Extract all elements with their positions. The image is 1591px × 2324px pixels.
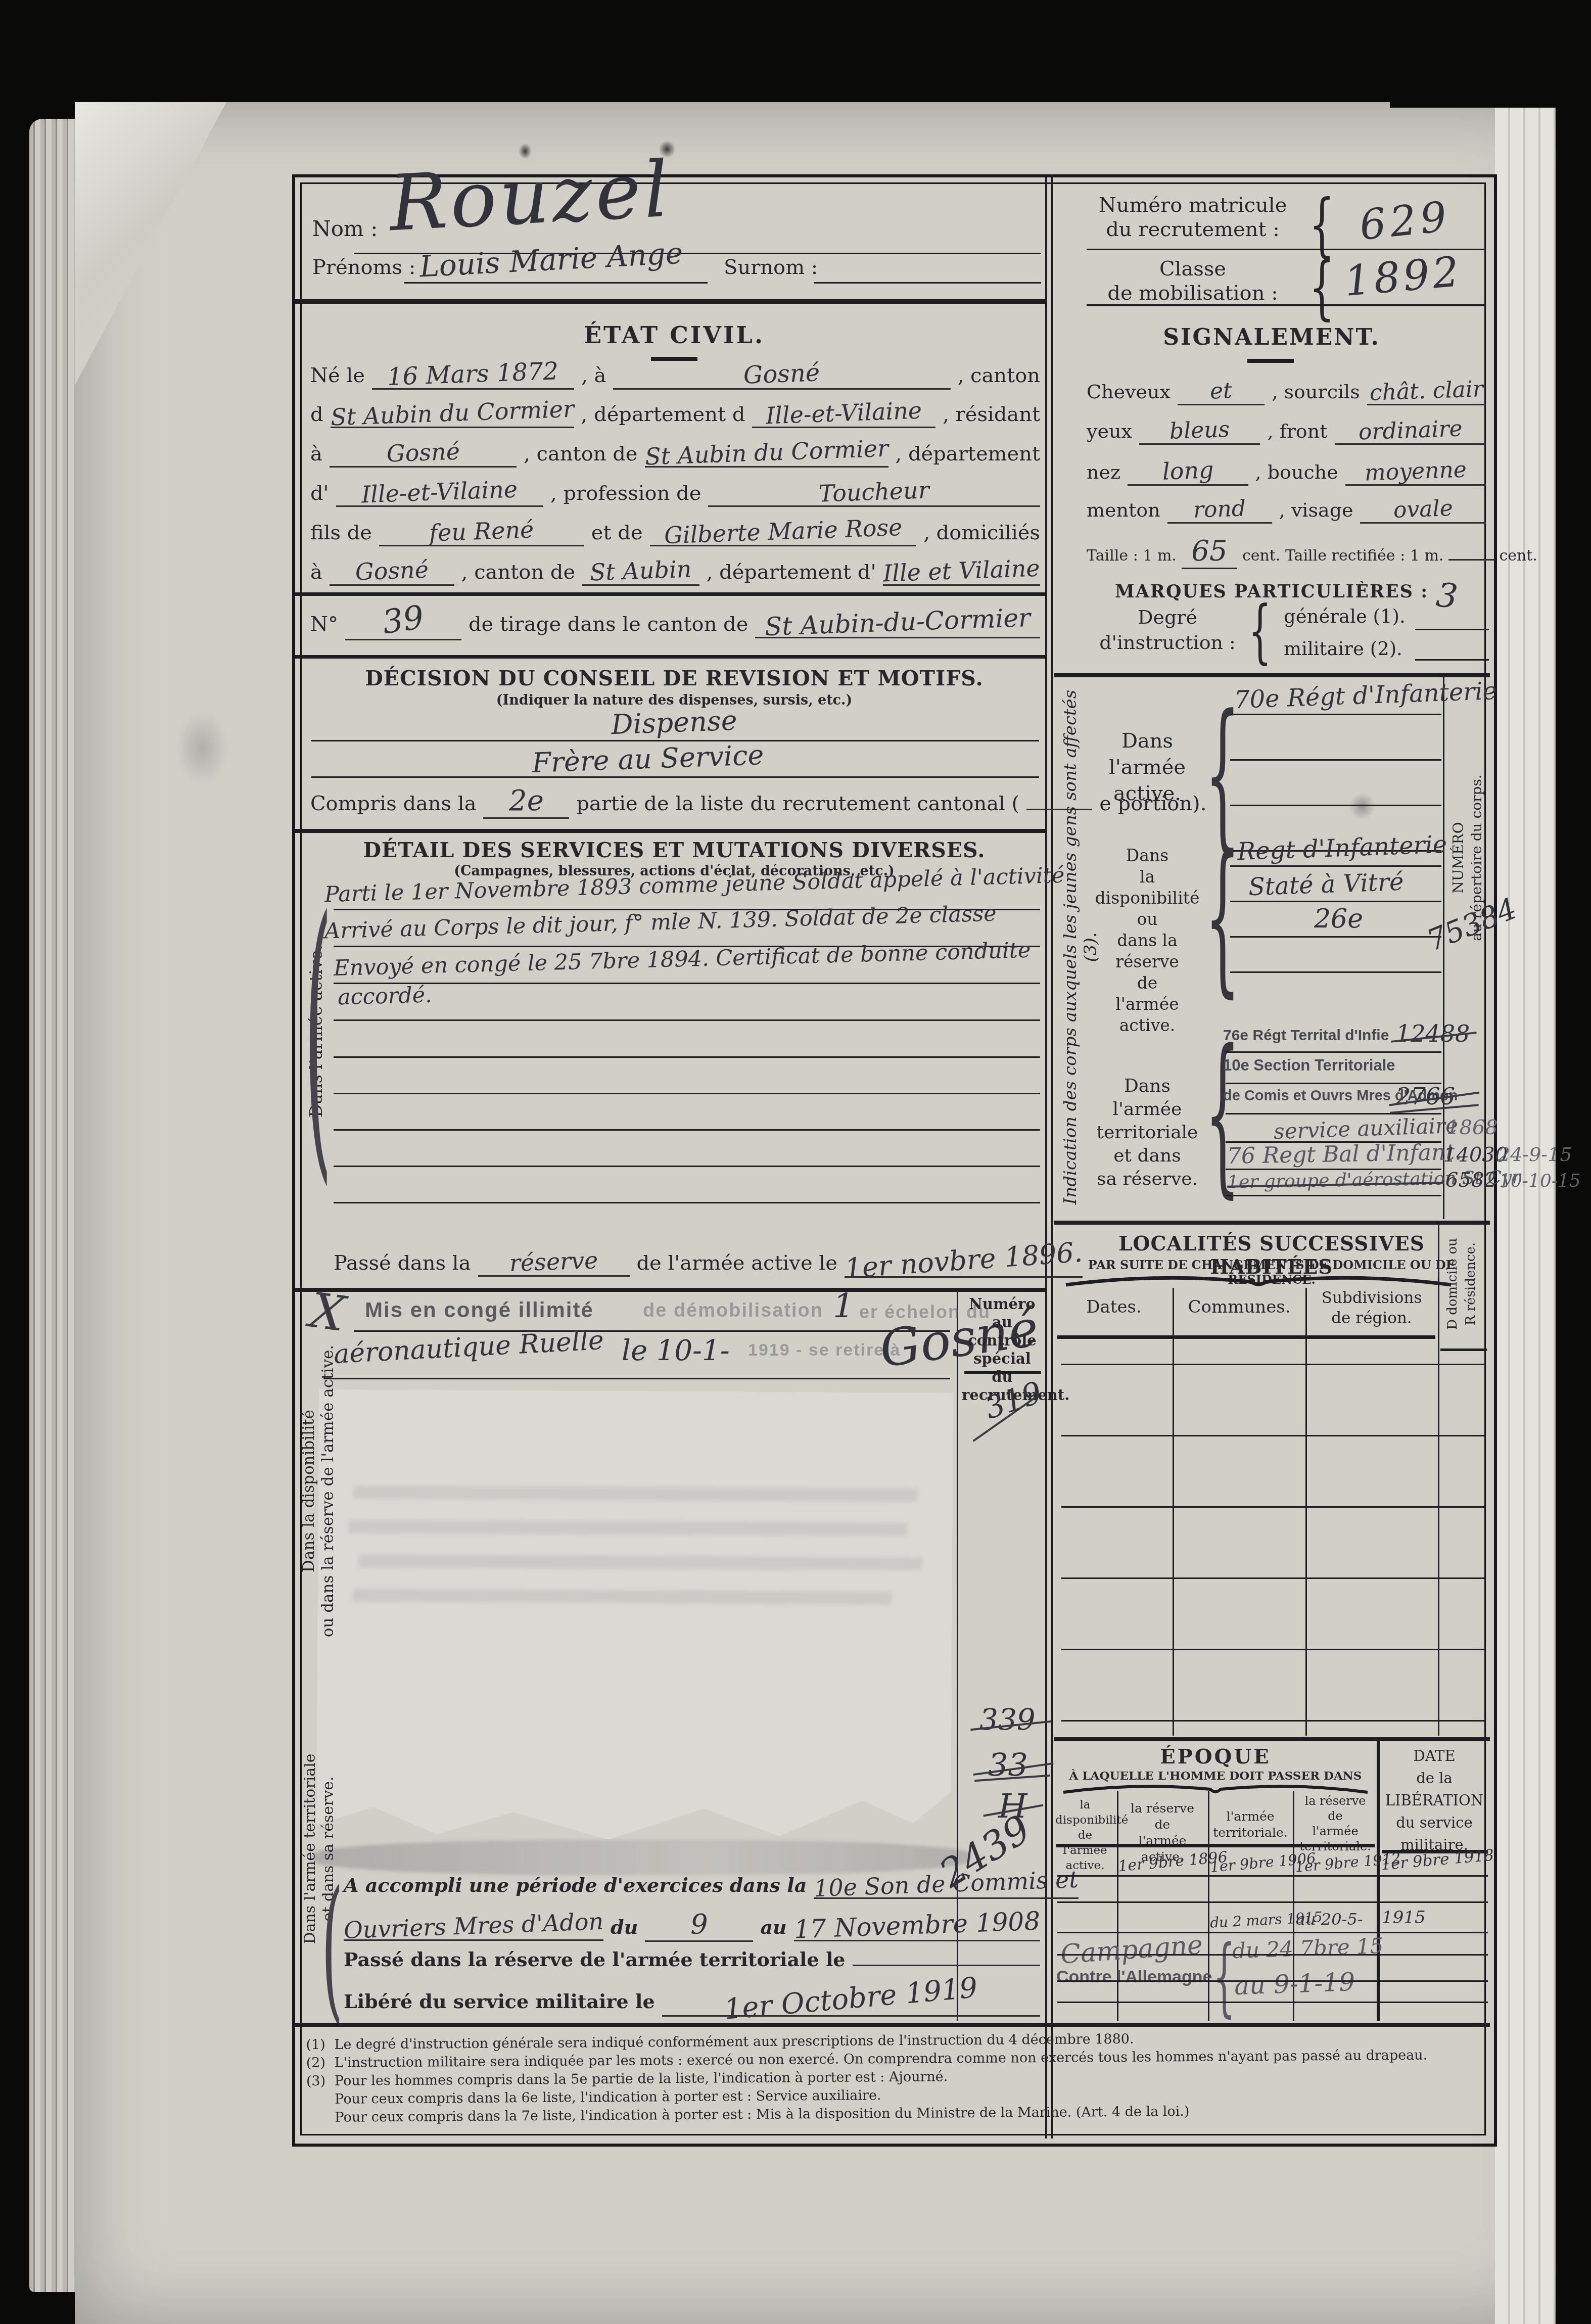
generale-label: générale (1).: [1284, 606, 1406, 627]
corps-line: [1226, 1051, 1441, 1053]
passe-b: de l'armée active le: [637, 1251, 837, 1275]
ec-l3-fill1: Gosné: [330, 439, 517, 468]
epoque-header-rule: [1056, 1844, 1375, 1847]
terr-stamp-1: 76e Régt Territal d'Infie: [1223, 1027, 1389, 1044]
localites-header-rule: [1057, 1335, 1435, 1339]
conge-hw-1: 1: [833, 1286, 854, 1325]
passe-a: Passé dans la: [334, 1251, 471, 1275]
ec-l5-v2: Gilberte Marie Rose: [664, 514, 903, 549]
services-line-empty: [334, 1056, 1040, 1058]
services-line-empty: [334, 1166, 1040, 1167]
degre-brace: {: [1248, 596, 1272, 666]
ec-l6-a: à: [310, 561, 322, 584]
corps-line: [1230, 805, 1441, 806]
menton-value: rond: [1193, 495, 1246, 523]
sig-nez: nez long , bouche moyenne: [1087, 457, 1486, 492]
conge-stamp-2: 1919 - se retire à: [748, 1340, 901, 1360]
passe-fill2: 1er novbre 1896.: [845, 1244, 1083, 1278]
epoque-row-line: [1057, 1980, 1488, 1982]
terr-hw-2: 76 Regt Bal d'Infant.: [1227, 1139, 1462, 1169]
ec-l4-b: , profession de: [550, 482, 701, 505]
campagne-date-1: du 24 7bre 15: [1232, 1933, 1384, 1963]
ec-l6-fill2: St Aubin: [582, 557, 699, 586]
generale-value: 3: [1434, 575, 1460, 616]
footnote-marker: (3): [306, 2072, 335, 2090]
passe-terr-label: Passé dans la réserve de l'armée territo…: [344, 1948, 846, 1971]
epoque-row-line: [1057, 1954, 1488, 1956]
ec-l2-c: , résidant: [943, 403, 1040, 426]
ec-l2-fill2: Ille-et-Vilaine: [752, 399, 935, 428]
matricule-value: 629: [1358, 193, 1453, 250]
sig-yeux: yeux bleus , front ordinaire: [1087, 417, 1486, 453]
bouche-value: moyenne: [1364, 456, 1467, 486]
localites-vline: [1173, 1288, 1174, 1736]
bouche-label: , bouche: [1255, 461, 1338, 483]
taille-fill: 65: [1182, 535, 1237, 569]
conge-stamp-1a: Mis en congé illimité: [365, 1298, 594, 1322]
libere-fill: 1er Octobre 1919: [662, 1982, 1040, 2017]
services-line: [334, 983, 1040, 984]
ec-l4-v1: Ille-et-Vilaine: [361, 476, 518, 508]
passe-fill1: réserve: [478, 1248, 630, 1277]
localites-row-line: [1061, 1435, 1485, 1436]
localites-brace-curve: [1064, 1272, 1453, 1288]
corps-margin-label: Indication des corps auxquels les jeunes…: [1060, 679, 1083, 1216]
epoque-row-line: [1057, 1901, 1488, 1903]
ec-l4-fill1: Ille-et-Vilaine: [336, 478, 543, 507]
ec-l6-c: , département d': [707, 561, 876, 584]
ec-l4-v2: Toucheur: [818, 476, 929, 507]
ec-l4-fill2: Toucheur: [708, 478, 1040, 507]
taille-rect-fill: [1448, 559, 1494, 561]
localites-row-line: [1061, 1506, 1485, 1508]
front-value: ordinaire: [1358, 415, 1463, 445]
menton-fill: rond: [1167, 496, 1272, 524]
ec-l6-fill3: Ille et Vilaine: [883, 557, 1040, 586]
conge-line-2: [323, 1378, 950, 1379]
exercices-fill4: 17 Novembre 1908: [794, 1911, 1040, 1941]
exercices-l2v2: 9: [690, 1909, 708, 1940]
ec-l1-v1: 16 Mars 1872: [387, 357, 559, 391]
localites-vline: [1305, 1288, 1307, 1736]
ec-line-1: Né le 16 Mars 1872 , à Gosné , canton: [310, 360, 1040, 393]
corps-line: [1230, 759, 1441, 761]
nez-fill: long: [1128, 457, 1248, 486]
ec-l3-fill2: St Aubin du Cormier: [645, 439, 888, 468]
terr-num-3: 6582: [1445, 1169, 1497, 1192]
corps-line: [1230, 865, 1441, 867]
taille-value: 65: [1191, 535, 1227, 568]
ec-l6-v1: Gosné: [355, 555, 429, 585]
ec-l5-c: , domiciliés: [923, 521, 1040, 544]
header-thick-rule-left: [295, 299, 1047, 304]
ec-l6-v2: St Aubin: [589, 555, 692, 586]
ec-line-4: d' Ille-et-Vilaine , profession de Touch…: [310, 478, 1040, 512]
exercices-paren: (: [321, 1870, 343, 2026]
scanned-register-page: Nom : Rouzel Prénoms : Louis Marie Ange …: [0, 0, 1591, 2324]
disponibilite-label: Dans la disponibilité ou dans la réserve…: [1087, 845, 1208, 1036]
section-rule: [295, 1288, 1047, 1292]
ec-l3-v2: St Aubin du Cormier: [644, 435, 889, 471]
corps-line: [1230, 714, 1441, 715]
ec-l5-fill2: Gilberte Marie Rose: [650, 518, 917, 546]
localites-side-header: D domicile ou R résidence.: [1443, 1227, 1486, 1340]
column-divider-inner: [1051, 177, 1053, 2139]
section-rule-right: [1054, 1737, 1490, 1741]
decision-title: DÉCISION DU CONSEIL DE REVISION ET MOTIF…: [309, 666, 1039, 690]
sig-menton: menton rond , visage ovale: [1087, 496, 1486, 532]
footnote-marker: (1): [306, 2036, 334, 2054]
passe-reserve-line: Passé dans la réserve de l'armée active …: [334, 1244, 1040, 1281]
section-rule: [295, 829, 1047, 833]
compris-b: partie de la liste du recrutement canton…: [576, 792, 1019, 815]
ec-line-5: fils de feu René et de Gilberte Marie Ro…: [310, 518, 1040, 551]
compris-v: 2e: [509, 784, 544, 817]
localites-header-rule-side: [1440, 1349, 1487, 1351]
ec-line-2: d St Aubin du Cormier , département d Il…: [310, 399, 1040, 433]
services-line-empty: [334, 1093, 1040, 1094]
services-title: DÉTAIL DES SERVICES ET MUTATIONS DIVERSE…: [309, 838, 1039, 862]
taille-label: Taille : 1 m.: [1087, 547, 1177, 565]
localites-row-line: [1061, 1364, 1485, 1365]
classe-line: [1087, 304, 1486, 306]
ec-l2-v2: Ille-et-Vilaine: [765, 397, 922, 430]
exercices-l2a: du: [611, 1916, 638, 1938]
signalement-title: SIGNALEMENT.: [1054, 324, 1489, 350]
footnotes-top-rule: [295, 2023, 1490, 2027]
bleed-through-line: [352, 1589, 892, 1605]
book-edge-left: [29, 119, 77, 2292]
exercices-l2b: au: [760, 1916, 786, 1938]
epoque-date-header: DATE de la LIBÉRATION du service militai…: [1381, 1745, 1488, 1856]
sig-taille: Taille : 1 m. 65 cent. Taille rectifiée …: [1087, 535, 1486, 567]
front-fill: ordinaire: [1335, 417, 1486, 445]
terr-date-2: 24-9-15: [1498, 1143, 1572, 1166]
menton-label: menton: [1087, 499, 1160, 521]
ec-l1-a: Né le: [310, 364, 365, 387]
libere-line: Libéré du service militaire le 1er Octob…: [344, 1982, 1040, 2021]
signalement-dash: [1247, 359, 1294, 363]
libere-label: Libéré du service militaire le: [344, 1990, 655, 2013]
passe-terr-fill: [853, 1965, 1041, 1966]
ec-l1-b: , à: [581, 364, 606, 387]
epoque-vline-date: [1377, 1739, 1380, 2021]
exercices-fill1: 10e Son de Commis et: [814, 1870, 1079, 1899]
campagne-stamp: Contre l'Allemagne: [1056, 1967, 1212, 1987]
ec-l3-c: , département: [896, 442, 1040, 466]
corps-line: [1230, 936, 1441, 938]
localites-col3-header: Subdivisions de région.: [1307, 1288, 1436, 1328]
scan-black-corner: [1390, 0, 1591, 108]
footnotes-block: (1) Le degré d'instruction générale sera…: [306, 2028, 1489, 2127]
localites-row-line: [1061, 1577, 1485, 1579]
section-rule: [295, 592, 1047, 596]
ec-l5-v1: feu René: [429, 516, 534, 546]
margin-label-disponibilite: Dans la disponibilité ou dans la réserve…: [299, 1299, 340, 1683]
localites-row-line: [1061, 1720, 1485, 1722]
militaire-label: militaire (2).: [1284, 638, 1402, 660]
footnote-marker: (2): [306, 2054, 335, 2072]
dispo-hw-2: Staté à Vitré: [1248, 868, 1404, 902]
front-label: , front: [1267, 420, 1327, 442]
corps-line: [1230, 901, 1441, 902]
matricule-label: Numéro matricule du recrutement :: [1087, 193, 1299, 242]
column-divider: [1045, 177, 1047, 2139]
corps-line: [1226, 1195, 1441, 1196]
corps-line: [1230, 971, 1441, 973]
exercices-line-1: A accompli une période d'exercices dans …: [344, 1870, 1040, 1908]
degre-label: Degré d'instruction :: [1097, 605, 1238, 655]
terr-date-3: 10-10-15: [1499, 1171, 1581, 1191]
tirage-fill2: St Aubin-du-Cormier: [755, 608, 1040, 638]
visage-fill: ovale: [1360, 496, 1486, 524]
ec-l5-fill1: feu René: [379, 518, 584, 546]
dispo-hw-3: 26e: [1314, 904, 1363, 934]
etat-civil-title: ÉTAT CIVIL.: [309, 321, 1039, 349]
disponibilite-brace: {: [1205, 835, 1240, 999]
ec-l6-v3: Ille et Vilaine: [883, 554, 1041, 587]
epoque-subtitle: À LAQUELLE L'HOMME DOIT PASSER DANS: [1054, 1769, 1377, 1783]
ec-l5-b: et de: [591, 521, 643, 544]
bleed-through-line: [358, 1554, 923, 1570]
compris-fill: 2e: [483, 784, 569, 819]
ec-l2-fill1: St Aubin du Cormier: [331, 399, 574, 428]
ec-l5-a: fils de: [310, 521, 372, 544]
ec-l1-c: , canton: [958, 364, 1040, 387]
ec-l3-a: à: [310, 442, 322, 466]
localites-col1-header: Dates.: [1056, 1297, 1172, 1317]
cheveux-label: Cheveux: [1087, 381, 1171, 403]
tirage-line: N° 39 de tirage dans le canton de St Aub…: [310, 601, 1040, 642]
ec-l3-v1: Gosné: [386, 437, 460, 467]
epoque-row-line: [1057, 1932, 1488, 1933]
conge-line-1: [354, 1330, 950, 1332]
epoque-col1-header: la disponibilité de l'armée active.: [1055, 1797, 1115, 1873]
ec-l2-a: d: [310, 403, 323, 426]
bleed-through-line: [353, 1485, 918, 1502]
exercices-l2v1: Ouvriers Mres d'Adon: [343, 1908, 604, 1944]
armee-active-label: Dans l'armée active.: [1087, 728, 1208, 807]
taille-rectifiee-label: cent. Taille rectifiée : 1 m.: [1242, 547, 1444, 565]
book-edge-right: [1495, 106, 1555, 2324]
visage-label: , visage: [1279, 499, 1353, 521]
passe-v1: réserve: [509, 1246, 598, 1277]
paper-stain: [167, 698, 238, 799]
tirage-fill1: 39: [345, 601, 461, 640]
services-line: [334, 1019, 1040, 1021]
yeux-label: yeux: [1087, 420, 1132, 442]
tirage-b: de tirage dans le canton de: [469, 613, 748, 636]
epoque-row-line: [1057, 1875, 1488, 1877]
territoriale-label: Dans l'armée territoriale et dans sa rés…: [1087, 1075, 1208, 1191]
classe-label: Classe de mobilisation :: [1087, 257, 1299, 305]
sourcils-value: chât. clair: [1369, 376, 1484, 406]
epoque-r3c4: au 20-5-: [1296, 1910, 1363, 1929]
exercices-fill2: Ouvriers Mres d'Adon: [344, 1912, 603, 1941]
ec-l1-fill1: 16 Mars 1872: [372, 360, 574, 390]
epoque-col3-header: l'armée territoriale.: [1210, 1808, 1291, 1841]
compris-line: Compris dans la 2e partie de la liste du…: [310, 784, 1040, 820]
cheveux-fill: et: [1178, 378, 1265, 405]
footnote-marker: [306, 2109, 335, 2127]
exercices-line-2: Ouvriers Mres d'Adon du 9 au 17 Novembre…: [344, 1909, 1040, 1947]
ec-l3-b: , canton de: [524, 442, 637, 466]
ec-line-6: à Gosné , canton de St Aubin , départeme…: [310, 557, 1040, 588]
footnote-marker: [306, 2090, 335, 2109]
cheveux-value: et: [1209, 378, 1232, 404]
localites-vline: [1438, 1223, 1439, 1736]
pasted-paper: [316, 1389, 954, 1842]
terr-num-1: 1868: [1446, 1116, 1498, 1139]
terr-stamp-2: 10e Section Territoriale: [1223, 1056, 1395, 1075]
militaire-line: [1415, 659, 1489, 661]
ec-l2-b: , département d: [581, 403, 745, 426]
crossed-number-339: 339: [979, 1702, 1036, 1737]
services-line-empty: [334, 1129, 1040, 1131]
compris-a: Compris dans la: [310, 792, 476, 815]
sourcils-label: , sourcils: [1272, 381, 1360, 403]
ec-l2-v1: St Aubin du Cormier: [330, 395, 575, 431]
nez-label: nez: [1087, 461, 1120, 483]
bleed-through-line: [348, 1520, 908, 1536]
section-rule-right: [1054, 673, 1490, 677]
classe-value: 1892: [1342, 248, 1464, 306]
sig-cheveux: Cheveux et , sourcils chât. clair: [1087, 378, 1486, 413]
nez-value: long: [1162, 456, 1214, 485]
conge-stamp-1b: de démobilisation: [643, 1300, 823, 1322]
nc-rule: [964, 1371, 1041, 1374]
services-hw-4: accordé.: [337, 983, 432, 1010]
yeux-value: bleus: [1169, 416, 1230, 444]
exercices-l1a: A accompli une période d'exercices dans …: [344, 1874, 807, 1896]
sourcils-fill: chât. clair: [1367, 378, 1486, 405]
prenoms-line: [404, 282, 708, 284]
tirage-v1: 39: [381, 599, 427, 642]
epoque-row-line: [1057, 2002, 1488, 2003]
yeux-fill: bleus: [1139, 417, 1260, 445]
visage-value: ovale: [1393, 495, 1453, 523]
marques-title: MARQUES PARTICULIÈRES :: [1054, 581, 1489, 602]
ec-l1-fill2: Gosné: [613, 360, 950, 390]
surnom-line: [814, 282, 1041, 284]
ec-l1-v2: Gosné: [743, 358, 821, 389]
exercices-l1v: 10e Son de Commis et: [813, 1866, 1079, 1902]
bouche-fill: moyenne: [1345, 458, 1486, 486]
nom-label: Nom :: [312, 216, 378, 241]
services-line-empty: [334, 1202, 1040, 1203]
section-rule-right: [1054, 1221, 1490, 1225]
surnom-label: Surnom :: [724, 256, 818, 279]
section-rule: [295, 655, 1047, 659]
tirage-v2: St Aubin-du-Cormier: [764, 603, 1031, 641]
tirage-a: N°: [310, 613, 338, 636]
campagne-date-2: au 9-1-19: [1234, 1967, 1355, 2001]
classe-brace: {: [1309, 254, 1335, 322]
ec-l4-a: d': [310, 482, 329, 505]
corps-numero-label: NUMÉRO au répertoire du corps.: [1449, 679, 1488, 1036]
prenoms-label: Prénoms :: [312, 256, 415, 279]
ec-l6-b: , canton de: [461, 561, 575, 584]
ec-l6-fill1: Gosné: [330, 557, 454, 586]
exercices-fill3: 9: [645, 1909, 753, 1942]
epoque-r3c5: 1915: [1382, 1908, 1426, 1928]
localites-col2-header: Communes.: [1175, 1297, 1304, 1317]
ec-line-3: à Gosné , canton de St Aubin du Cormier …: [310, 439, 1040, 472]
localites-row-line: [1061, 1649, 1485, 1650]
decision-line2: [311, 776, 1039, 778]
cent-label: cent.: [1499, 547, 1537, 565]
exercices-l2v3: 17 Novembre 1908: [793, 1907, 1041, 1944]
epoque-title: ÉPOQUE: [1054, 1745, 1377, 1769]
conge-hw-2b: le 10-1-: [622, 1334, 730, 1367]
generale-line: [1415, 629, 1489, 630]
nom-value: Rouzel: [387, 145, 674, 249]
matricule-line: [1087, 249, 1486, 250]
